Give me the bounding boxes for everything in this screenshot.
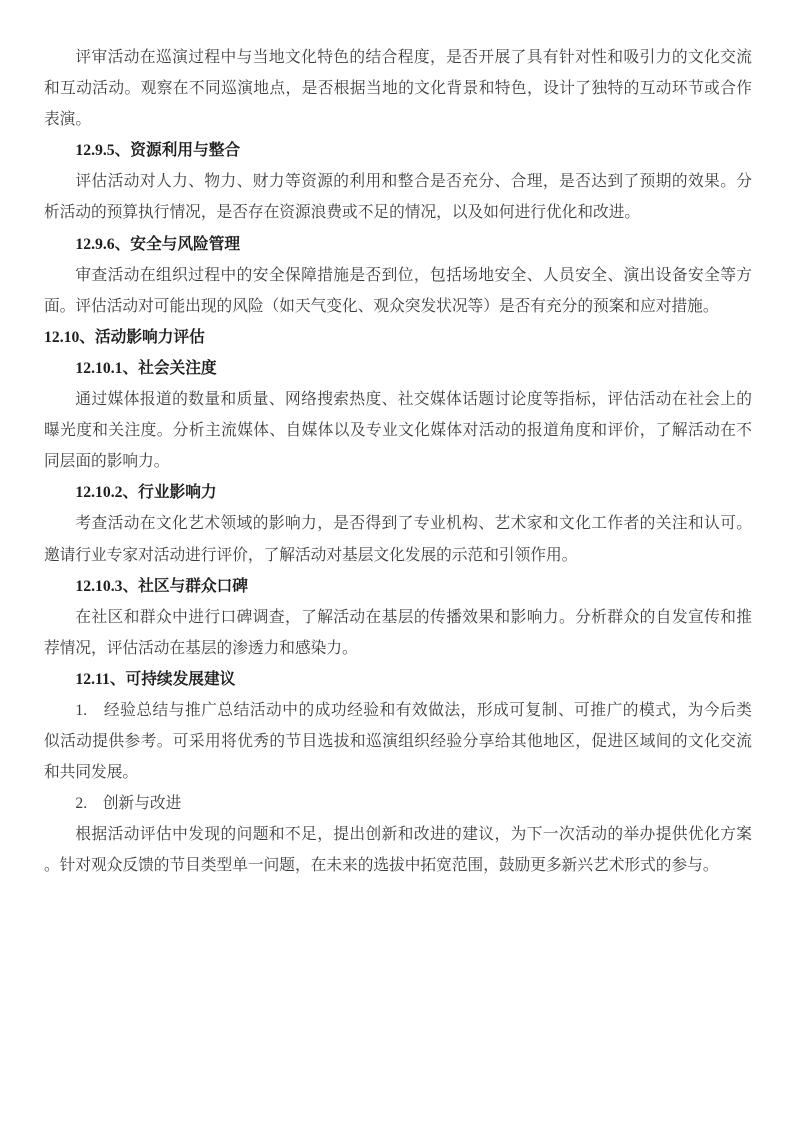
paragraph-experience-summary-promotion: 1. 经验总结与推广总结活动中的成功经验和有效做法，形成可复制、可推广的模式，为… (44, 695, 752, 788)
text-line: 通过媒体报道的数量和质量、网络搜索热度、社交媒体话题讨论度等指标，评估活动在社会… (44, 384, 752, 415)
heading-12-9-5-resource-utilization: 12.9.5、资源利用与整合 (44, 135, 752, 166)
paragraph-resource-utilization: 评估活动对人力、物力、财力等资源的利用和整合是否充分、合理，是否达到了预期的效果… (44, 166, 752, 228)
text-line: 和共同发展。 (44, 757, 752, 788)
text-line: 评估活动对人力、物力、财力等资源的利用和整合是否充分、合理，是否达到了预期的效果… (44, 166, 752, 197)
text-line: 面。评估活动对可能出现的风险（如天气变化、观众突发状况等）是否有充分的预案和应对… (44, 291, 752, 322)
text-line: 2. 创新与改进 (44, 788, 752, 819)
text-line: 似活动提供参考。可采用将优秀的节目选拔和巡演组织经验分享给其他地区，促进区域间的… (44, 726, 752, 757)
text-line: 和互动活动。观察在不同巡演地点，是否根据当地的文化背景和特色，设计了独特的互动环… (44, 73, 752, 104)
text-line: 1. 经验总结与推广总结活动中的成功经验和有效做法，形成可复制、可推广的模式，为… (44, 695, 752, 726)
paragraph-social-attention: 通过媒体报道的数量和质量、网络搜索热度、社交媒体话题讨论度等指标，评估活动在社会… (44, 384, 752, 477)
heading-12-11-sustainable-development: 12.11、可持续发展建议 (44, 664, 752, 695)
paragraph-industry-influence: 考查活动在文化艺术领域的影响力，是否得到了专业机构、艺术家和文化工作者的关注和认… (44, 508, 752, 570)
paragraph-innovation-improvement-title: 2. 创新与改进 (44, 788, 752, 819)
text-line: 根据活动评估中发现的问题和不足，提出创新和改进的建议，为下一次活动的举办提供优化… (44, 819, 752, 850)
heading-12-10-3-community-reputation: 12.10.3、社区与群众口碑 (44, 571, 752, 602)
heading-12-10-2-industry-influence: 12.10.2、行业影响力 (44, 477, 752, 508)
paragraph-safety-risk-management: 审查活动在组织过程中的安全保障措施是否到位，包括场地安全、人员安全、演出设备安全… (44, 260, 752, 322)
paragraph-innovation-improvement: 根据活动评估中发现的问题和不足，提出创新和改进的建议，为下一次活动的举办提供优化… (44, 819, 752, 881)
document-page: 评审活动在巡演过程中与当地文化特色的结合程度，是否开展了具有针对性和吸引力的文化… (0, 0, 793, 1122)
text-line: 曝光度和关注度。分析主流媒体、自媒体以及专业文化媒体对活动的报道角度和评价，了解… (44, 415, 752, 446)
paragraph-community-reputation: 在社区和群众中进行口碑调查，了解活动在基层的传播效果和影响力。分析群众的自发宣传… (44, 602, 752, 664)
text-line: 表演。 (44, 104, 752, 135)
text-line: 评审活动在巡演过程中与当地文化特色的结合程度，是否开展了具有针对性和吸引力的文化… (44, 42, 752, 73)
text-line: 在社区和群众中进行口碑调查，了解活动在基层的传播效果和影响力。分析群众的自发宣传… (44, 602, 752, 633)
paragraph-local-culture-integration: 评审活动在巡演过程中与当地文化特色的结合程度，是否开展了具有针对性和吸引力的文化… (44, 42, 752, 135)
text-line: 审查活动在组织过程中的安全保障措施是否到位，包括场地安全、人员安全、演出设备安全… (44, 260, 752, 291)
heading-12-10-activity-impact-evaluation: 12.10、活动影响力评估 (44, 322, 752, 353)
text-line: 邀请行业专家对活动进行评价，了解活动对基层文化发展的示范和引领作用。 (44, 540, 752, 571)
text-line: 同层面的影响力。 (44, 446, 752, 477)
heading-12-9-6-safety-risk-management: 12.9.6、安全与风险管理 (44, 229, 752, 260)
text-line: 考查活动在文化艺术领域的影响力，是否得到了专业机构、艺术家和文化工作者的关注和认… (44, 508, 752, 539)
text-line: 荐情况，评估活动在基层的渗透力和感染力。 (44, 633, 752, 664)
heading-12-10-1-social-attention: 12.10.1、社会关注度 (44, 353, 752, 384)
text-line: 。针对观众反馈的节目类型单一问题，在未来的选拔中拓宽范围，鼓励更多新兴艺术形式的… (44, 850, 752, 881)
text-line: 析活动的预算执行情况，是否存在资源浪费或不足的情况，以及如何进行优化和改进。 (44, 197, 752, 228)
